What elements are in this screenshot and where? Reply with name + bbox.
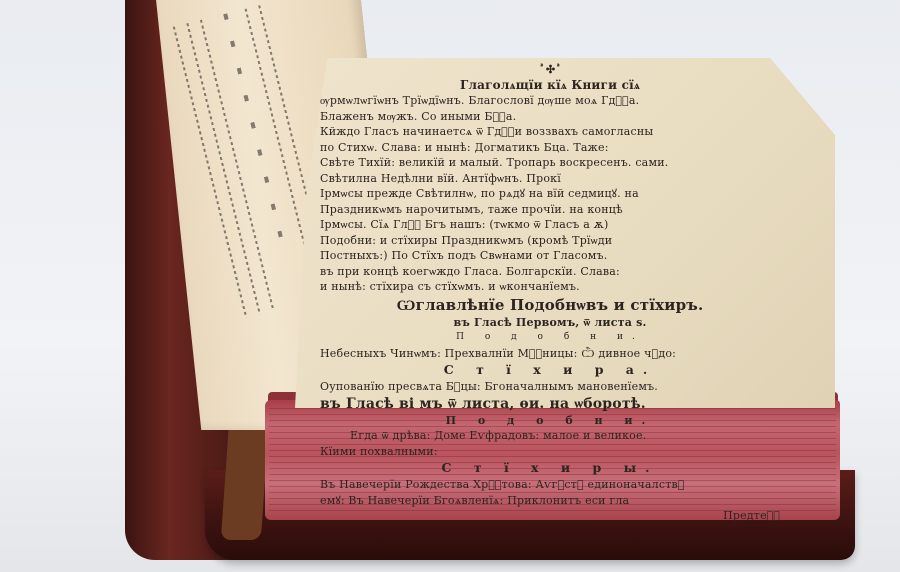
page-header: ⷥ ✣ ⷥ: [320, 62, 780, 78]
podobny-heading: П о д о б н и.: [320, 413, 780, 429]
spine-strap: [221, 420, 269, 540]
text-line: и нынѣ: стїхира съ стїхѡмъ. и ѡкончанїем…: [320, 279, 780, 295]
text-line: Блаженъ мѹжъ. Со иными Бⷢ҇а.: [320, 109, 780, 125]
stikhiry-heading: С т ї х и р ы.: [320, 459, 780, 477]
text-line: Егда ѿ дрѣва: Доме Еѵфрадовъ: малое и ве…: [320, 428, 780, 444]
text-line: Оупованїю пресвѧта Бⷣцы: Бгоначалнымъ ма…: [320, 379, 780, 395]
text-line: Ірмѡсы прежде Свѣтилнѡ, по рѧдꙋ на вїй с…: [320, 186, 780, 202]
section-subtitle: въ Гласѣ Первомъ, ѿ листа ѕ.: [320, 315, 780, 331]
text-line: въ при концѣ коегѡждо Гласа. Болгарскїи.…: [320, 264, 780, 280]
catchword: Предтеⷱ҇: [320, 508, 780, 524]
text-line: Праздникѡмъ нарочитымъ, таже прочїи. на …: [320, 202, 780, 218]
section-subtitle: въ Гласѣ ві мъ ѿ листа, ѳи. на ѡборотѣ.: [320, 395, 780, 413]
text-line: Свѣтилна Недѣлни вїй. Антїфѡнъ. Прокї: [320, 171, 780, 187]
text-line: Глаголѧщїи кїѧ Книги сїѧ: [320, 78, 780, 94]
text-line: Ірмѡсы. Сїѧ Глⷭ҇ Бгъ нашъ: (тѡкмо ѿ Глас…: [320, 217, 780, 233]
section-title: Ѡглавлѣнїе Подобнѡвъ и стїхиръ.: [320, 295, 780, 315]
stikhira-heading: С т ї х и р а.: [320, 361, 780, 379]
text-line: Небесныхъ Чинѡмъ: Прехвалнїи Мⷱ҇ницы: Ѽ …: [320, 346, 780, 362]
text-line: по Стихѡ. Слава: и нынѣ: Догматикъ Бца. …: [320, 140, 780, 156]
podobny-heading: П о д о б н и.: [320, 330, 780, 346]
text-line: Въ Навечерїи Рождества Хрⷭ҇това: Аѵгꙋстꙋ…: [320, 477, 780, 493]
text-line: Кїими похвалными:: [320, 444, 780, 460]
text-line: Постныхъ:) По Стїхъ подъ Свѡнами от Глас…: [320, 248, 780, 264]
page-text: ⷥ ✣ ⷥ Глаголѧщїи кїѧ Книги сїѧ ѹрмѡлѡгїѡ…: [320, 62, 780, 524]
text-line: Кйждо Гласъ начинаетсѧ ѿ Гдⷭ҇и воззвахъ …: [320, 124, 780, 140]
text-line: емꙋ: Въ Навечерїи Бгоѧвленїѧ: Приклонитъ…: [320, 493, 780, 509]
text-line: Подобни: и стїхиры Праздникѡмъ (кромѣ Тр…: [320, 233, 780, 249]
text-line: ѹрмѡлѡгїѡнъ Трїѡдїѡнъ. Благословї дѹше м…: [320, 93, 780, 109]
text-line: Свѣте Тихїй: великїй и малый. Тропарь во…: [320, 155, 780, 171]
